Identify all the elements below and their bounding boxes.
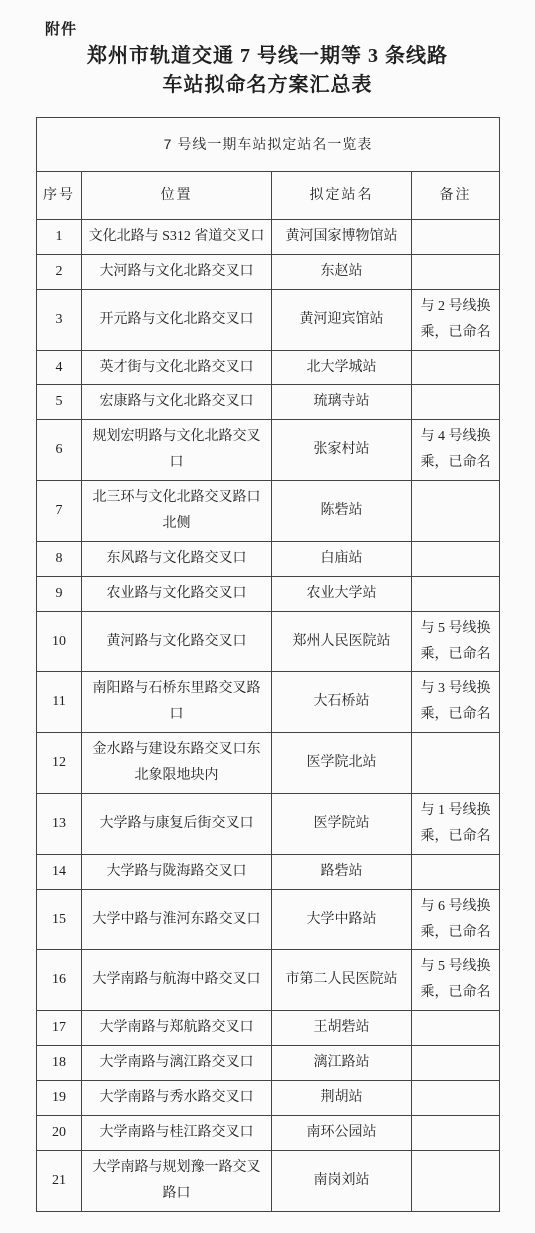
table-body: 1 文化北路与 S312 省道交叉口 黄河国家博物馆站 2 大河路与文化北路交叉…: [37, 220, 500, 1212]
station-name-cell: 张家村站: [272, 420, 412, 481]
row-index-cell: 17: [37, 1011, 82, 1046]
station-name-cell: 黄河国家博物馆站: [272, 220, 412, 255]
document-title-line2: 车站拟命名方案汇总表: [0, 71, 535, 100]
location-cell: 大学南路与漓江路交叉口: [82, 1046, 272, 1081]
table-row: 5 宏康路与文化北路交叉口 琉璃寺站: [37, 385, 500, 420]
remark-cell: 与 1 号线换乘，已命名: [412, 794, 500, 855]
remark-cell: [412, 1150, 500, 1211]
row-index-cell: 3: [37, 289, 82, 350]
station-name-cell: 医学院北站: [272, 733, 412, 794]
station-name-cell: 东赵站: [272, 254, 412, 289]
attachment-label: 附件: [45, 18, 77, 39]
station-name-cell: 市第二人民医院站: [272, 950, 412, 1011]
row-index-cell: 11: [37, 672, 82, 733]
station-name-cell: 漓江路站: [272, 1046, 412, 1081]
station-name-cell: 白庙站: [272, 541, 412, 576]
document-title-line1: 郑州市轨道交通 7 号线一期等 3 条线路: [0, 42, 535, 71]
station-name-cell: 王胡砦站: [272, 1011, 412, 1046]
remark-cell: [412, 733, 500, 794]
row-index-cell: 2: [37, 254, 82, 289]
location-cell: 大学南路与规划豫一路交叉路口: [82, 1150, 272, 1211]
table-row: 6 规划宏明路与文化北路交叉口 张家村站 与 4 号线换乘，已命名: [37, 420, 500, 481]
column-header-location: 位置: [82, 172, 272, 220]
table-row: 16 大学南路与航海中路交叉口 市第二人民医院站 与 5 号线换乘，已命名: [37, 950, 500, 1011]
location-cell: 文化北路与 S312 省道交叉口: [82, 220, 272, 255]
station-name-cell: 荆胡站: [272, 1081, 412, 1116]
station-name-cell: 大石桥站: [272, 672, 412, 733]
remark-cell: [412, 1081, 500, 1116]
station-name-cell: 黄河迎宾馆站: [272, 289, 412, 350]
table-row: 1 文化北路与 S312 省道交叉口 黄河国家博物馆站: [37, 220, 500, 255]
station-name-cell: 医学院站: [272, 794, 412, 855]
table-row: 19 大学南路与秀水路交叉口 荆胡站: [37, 1081, 500, 1116]
table-row: 15 大学中路与淮河东路交叉口 大学中路站 与 6 号线换乘，已命名: [37, 889, 500, 950]
column-header-remark: 备注: [412, 172, 500, 220]
location-cell: 规划宏明路与文化北路交叉口: [82, 420, 272, 481]
table-row: 2 大河路与文化北路交叉口 东赵站: [37, 254, 500, 289]
remark-cell: 与 6 号线换乘，已命名: [412, 889, 500, 950]
table-row: 3 开元路与文化北路交叉口 黄河迎宾馆站 与 2 号线换乘，已命名: [37, 289, 500, 350]
location-cell: 大学中路与淮河东路交叉口: [82, 889, 272, 950]
location-cell: 大学南路与郑航路交叉口: [82, 1011, 272, 1046]
remark-cell: [412, 854, 500, 889]
remark-cell: [412, 481, 500, 542]
remark-cell: [412, 1046, 500, 1081]
column-header-station-name: 拟定站名: [272, 172, 412, 220]
location-cell: 开元路与文化北路交叉口: [82, 289, 272, 350]
station-name-table: 7 号线一期车站拟定站名一览表 序号 位置 拟定站名 备注 1 文化北路与 S3…: [36, 117, 500, 1212]
table-row: 14 大学路与陇海路交叉口 路砦站: [37, 854, 500, 889]
row-index-cell: 14: [37, 854, 82, 889]
row-index-cell: 6: [37, 420, 82, 481]
table-row: 10 黄河路与文化路交叉口 郑州人民医院站 与 5 号线换乘，已命名: [37, 611, 500, 672]
row-index-cell: 1: [37, 220, 82, 255]
table-row: 9 农业路与文化路交叉口 农业大学站: [37, 576, 500, 611]
remark-cell: 与 3 号线换乘，已命名: [412, 672, 500, 733]
row-index-cell: 20: [37, 1115, 82, 1150]
document-title: 郑州市轨道交通 7 号线一期等 3 条线路 车站拟命名方案汇总表: [0, 0, 535, 100]
row-index-cell: 8: [37, 541, 82, 576]
station-name-cell: 南环公园站: [272, 1115, 412, 1150]
station-name-cell: 郑州人民医院站: [272, 611, 412, 672]
remark-cell: 与 5 号线换乘，已命名: [412, 950, 500, 1011]
remark-cell: [412, 350, 500, 385]
remark-cell: [412, 576, 500, 611]
location-cell: 英才街与文化北路交叉口: [82, 350, 272, 385]
station-name-cell: 南岗刘站: [272, 1150, 412, 1211]
row-index-cell: 18: [37, 1046, 82, 1081]
location-cell: 北三环与文化北路交叉路口北侧: [82, 481, 272, 542]
remark-cell: 与 2 号线换乘，已命名: [412, 289, 500, 350]
table-container: 7 号线一期车站拟定站名一览表 序号 位置 拟定站名 备注 1 文化北路与 S3…: [36, 117, 499, 1212]
location-cell: 宏康路与文化北路交叉口: [82, 385, 272, 420]
row-index-cell: 7: [37, 481, 82, 542]
table-row: 18 大学南路与漓江路交叉口 漓江路站: [37, 1046, 500, 1081]
column-header-index: 序号: [37, 172, 82, 220]
remark-cell: [412, 385, 500, 420]
station-name-cell: 陈砦站: [272, 481, 412, 542]
row-index-cell: 21: [37, 1150, 82, 1211]
row-index-cell: 9: [37, 576, 82, 611]
row-index-cell: 16: [37, 950, 82, 1011]
location-cell: 黄河路与文化路交叉口: [82, 611, 272, 672]
row-index-cell: 19: [37, 1081, 82, 1116]
document-page: 附件 郑州市轨道交通 7 号线一期等 3 条线路 车站拟命名方案汇总表 7 号线…: [0, 0, 535, 1233]
location-cell: 南阳路与石桥东里路交叉路口: [82, 672, 272, 733]
station-name-cell: 路砦站: [272, 854, 412, 889]
station-name-cell: 大学中路站: [272, 889, 412, 950]
station-name-cell: 农业大学站: [272, 576, 412, 611]
remark-cell: 与 5 号线换乘，已命名: [412, 611, 500, 672]
location-cell: 大学南路与桂江路交叉口: [82, 1115, 272, 1150]
location-cell: 东风路与文化路交叉口: [82, 541, 272, 576]
location-cell: 农业路与文化路交叉口: [82, 576, 272, 611]
remark-cell: [412, 1115, 500, 1150]
row-index-cell: 4: [37, 350, 82, 385]
remark-cell: [412, 220, 500, 255]
location-cell: 大学南路与航海中路交叉口: [82, 950, 272, 1011]
location-cell: 大河路与文化北路交叉口: [82, 254, 272, 289]
table-row: 11 南阳路与石桥东里路交叉路口 大石桥站 与 3 号线换乘，已命名: [37, 672, 500, 733]
remark-cell: [412, 541, 500, 576]
table-row: 21 大学南路与规划豫一路交叉路口 南岗刘站: [37, 1150, 500, 1211]
table-row: 12 金水路与建设东路交叉口东北象限地块内 医学院北站: [37, 733, 500, 794]
location-cell: 金水路与建设东路交叉口东北象限地块内: [82, 733, 272, 794]
location-cell: 大学南路与秀水路交叉口: [82, 1081, 272, 1116]
table-caption-row: 7 号线一期车站拟定站名一览表: [37, 118, 500, 172]
station-name-cell: 琉璃寺站: [272, 385, 412, 420]
row-index-cell: 12: [37, 733, 82, 794]
table-row: 4 英才街与文化北路交叉口 北大学城站: [37, 350, 500, 385]
table-row: 8 东风路与文化路交叉口 白庙站: [37, 541, 500, 576]
location-cell: 大学路与陇海路交叉口: [82, 854, 272, 889]
row-index-cell: 13: [37, 794, 82, 855]
remark-cell: 与 4 号线换乘，已命名: [412, 420, 500, 481]
remark-cell: [412, 1011, 500, 1046]
table-header-row: 序号 位置 拟定站名 备注: [37, 172, 500, 220]
table-row: 20 大学南路与桂江路交叉口 南环公园站: [37, 1115, 500, 1150]
row-index-cell: 5: [37, 385, 82, 420]
station-name-cell: 北大学城站: [272, 350, 412, 385]
remark-cell: [412, 254, 500, 289]
table-caption: 7 号线一期车站拟定站名一览表: [37, 118, 500, 172]
row-index-cell: 10: [37, 611, 82, 672]
table-row: 13 大学路与康复后街交叉口 医学院站 与 1 号线换乘，已命名: [37, 794, 500, 855]
location-cell: 大学路与康复后街交叉口: [82, 794, 272, 855]
table-row: 17 大学南路与郑航路交叉口 王胡砦站: [37, 1011, 500, 1046]
row-index-cell: 15: [37, 889, 82, 950]
table-row: 7 北三环与文化北路交叉路口北侧 陈砦站: [37, 481, 500, 542]
